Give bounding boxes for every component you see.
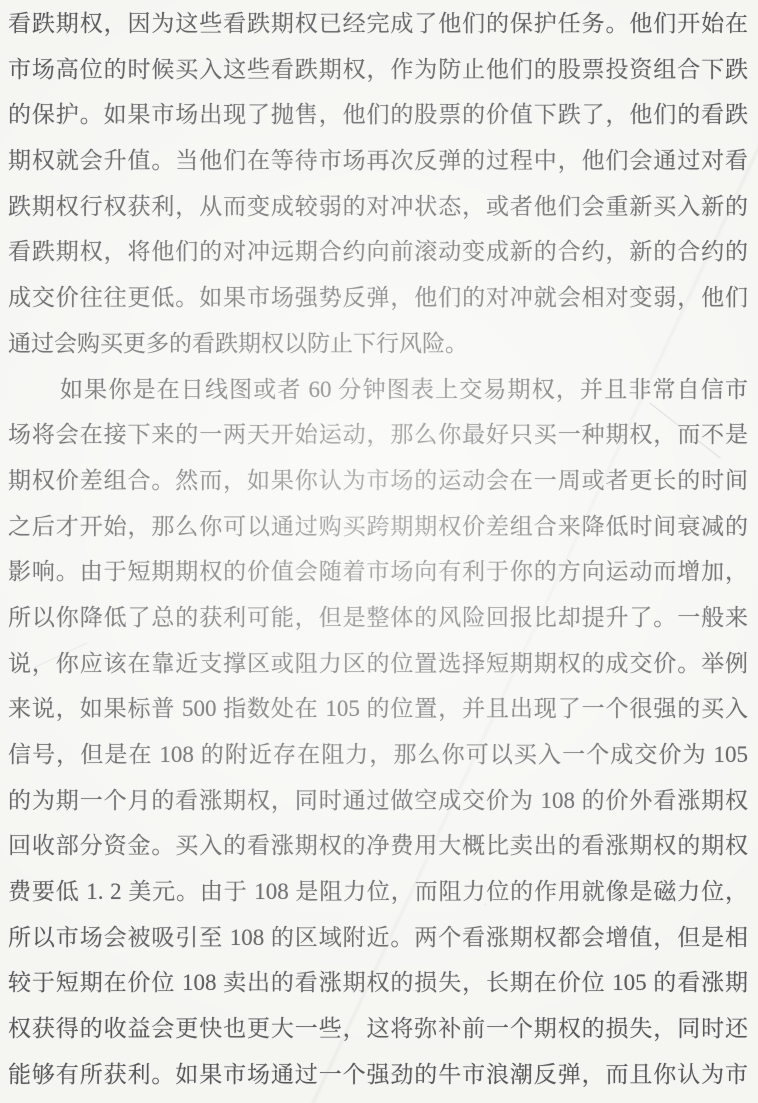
scanned-page: 看跌期权，因为这些看跌期权已经完成了他们的保护任务。他们开始在市场高位的时候买入… bbox=[0, 0, 758, 1103]
text-line: 成交价往往更低。如果市场强势反弹，他们的对冲就会相对变弱，他们 bbox=[8, 275, 748, 321]
page-text-block: 看跌期权，因为这些看跌期权已经完成了他们的保护任务。他们开始在市场高位的时候买入… bbox=[8, 1, 748, 1098]
text-line: 之后才开始，那么你可以通过购买跨期期权价差组合来降低时间衰减的 bbox=[8, 504, 748, 550]
text-line: 通过会购买更多的看跌期权以防止下行风险。 bbox=[8, 321, 748, 367]
text-line: 期权价差组合。然而，如果你认为市场的运动会在一周或者更长的时间 bbox=[8, 458, 748, 504]
text-line: 跌期权行权获利，从而变成较弱的对冲状态，或者他们会重新买入新的 bbox=[8, 184, 748, 230]
text-line: 市场高位的时候买入这些看跌期权，作为防止他们的股票投资组合下跌 bbox=[8, 47, 748, 93]
text-line: 看跌期权，将他们的对冲远期合约向前滚动变成新的合约，新的合约的 bbox=[8, 229, 748, 275]
text-line: 所以市场会被吸引至 108 的区域附近。两个看涨期权都会增值，但是相 bbox=[8, 915, 748, 961]
text-line: 能够有所获利。如果市场通过一个强劲的牛市浪潮反弹，而且你认为市 bbox=[8, 1052, 748, 1098]
paragraph: 看跌期权，因为这些看跌期权已经完成了他们的保护任务。他们开始在市场高位的时候买入… bbox=[8, 1, 748, 367]
text-line: 来说，如果标普 500 指数处在 105 的位置，并且出现了一个很强的买入 bbox=[8, 686, 748, 732]
paragraph: 如果你是在日线图或者 60 分钟图表上交易期权，并且非常自信市场将会在接下来的一… bbox=[8, 367, 748, 1098]
text-line: 看跌期权，因为这些看跌期权已经完成了他们的保护任务。他们开始在 bbox=[8, 1, 748, 47]
text-line: 回收部分资金。买入的看涨期权的净费用大概比卖出的看涨期权的期权 bbox=[8, 823, 748, 869]
text-line: 说，你应该在靠近支撑区或阻力区的位置选择短期期权的成交价。举例 bbox=[8, 641, 748, 687]
text-line: 的为期一个月的看涨期权，同时通过做空成交价为 108 的价外看涨期权 bbox=[8, 778, 748, 824]
text-line: 场将会在接下来的一两天开始运动，那么你最好只买一种期权，而不是 bbox=[8, 412, 748, 458]
text-line: 期权就会升值。当他们在等待市场再次反弹的过程中，他们会通过对看 bbox=[8, 138, 748, 184]
text-line: 的保护。如果市场出现了抛售，他们的股票的价值下跌了，他们的看跌 bbox=[8, 92, 748, 138]
text-line: 较于短期在价位 108 卖出的看涨期权的损失，长期在价位 105 的看涨期 bbox=[8, 960, 748, 1006]
text-line: 所以你降低了总的获利可能，但是整体的风险回报比却提升了。一般来 bbox=[8, 595, 748, 641]
text-line: 费要低 1. 2 美元。由于 108 是阻力位，而阻力位的作用就像是磁力位， bbox=[8, 869, 748, 915]
text-line: 权获得的收益会更快也更大一些，这将弥补前一个期权的损失，同时还 bbox=[8, 1006, 748, 1052]
text-line: 信号，但是在 108 的附近存在阻力，那么你可以买入一个成交价为 105 bbox=[8, 732, 748, 778]
text-line: 影响。由于短期期权的价值会随着市场向有利于你的方向运动而增加， bbox=[8, 549, 748, 595]
text-line: 如果你是在日线图或者 60 分钟图表上交易期权，并且非常自信市 bbox=[8, 367, 748, 413]
